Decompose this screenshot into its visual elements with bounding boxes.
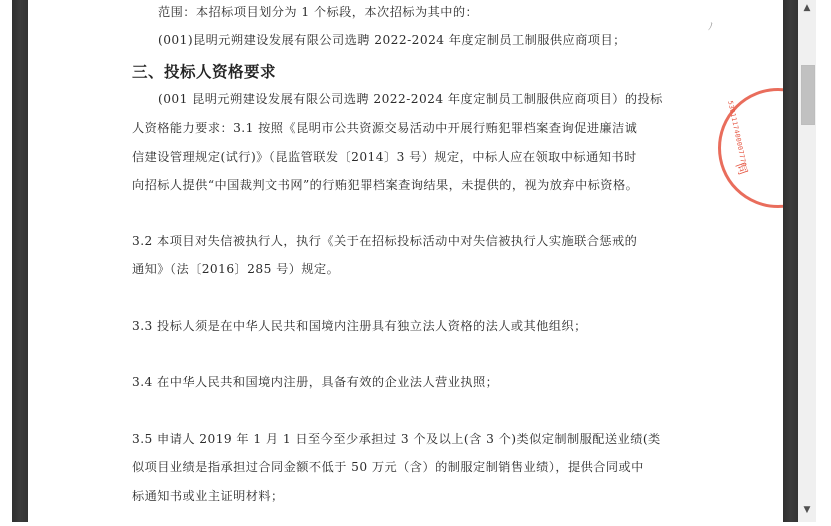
paragraph-1-line-3: 信建设管理规定(试行)》（昆监管联发〔2014〕3 号）规定，中标人应在领取中标…: [132, 149, 637, 165]
item-3-5-line-2: 似项目业绩是指承担过合同金额不低于 50 万元（含）的制服定制销售业绩），提供合…: [132, 459, 644, 475]
item-3-2-line-1: 3.2 本项目对失信被执行人，执行《关于在招标投标活动中对失信被执行人实施联合惩…: [132, 233, 637, 249]
scope-line: 范围：本招标项目划分为 1 个标段，本次招标为其中的：: [158, 4, 478, 20]
viewer-right-frame: [783, 0, 798, 522]
section-heading: 三、投标人资格要求: [132, 60, 276, 82]
vertical-scrollbar[interactable]: ▲ ▼: [798, 0, 816, 522]
document-page: 范围：本招标项目划分为 1 个标段，本次招标为其中的： (001)昆明元朔建设发…: [28, 0, 783, 522]
scroll-up-arrow-icon[interactable]: ▲: [798, 0, 816, 16]
item-3-5-line-1: 3.5 申请人 2019 年 1 月 1 日至今至少承担过 3 个及以上(含 3…: [132, 431, 661, 447]
item-3-4: 3.4 在中华人民共和国境内注册，具备有效的企业法人营业执照；: [132, 374, 498, 390]
scan-speck: ﾉ: [708, 18, 713, 33]
project-line: (001)昆明元朔建设发展有限公司选聘 2022-2024 年度定制员工制服供应…: [158, 32, 626, 48]
paragraph-1-line-4: 向招标人提供“中国裁判文书网”的行贿犯罪档案查询结果，未提供的，视为放弃中标资格…: [132, 177, 638, 193]
viewer-left-frame: [12, 0, 28, 522]
item-3-3: 3.3 投标人须是在中华人民共和国境内注册具有独立法人资格的法人或其他组织；: [132, 318, 587, 334]
item-3-2-line-2: 通知》（法〔2016〕285 号）规定。: [132, 261, 339, 277]
document-viewer: 范围：本招标项目划分为 1 个标段，本次招标为其中的： (001)昆明元朔建设发…: [0, 0, 831, 526]
scrollbar-thumb[interactable]: [801, 65, 815, 125]
paragraph-1-line-1: (001 昆明元朔建设发展有限公司选聘 2022-2024 年度定制员工制服供应…: [158, 91, 663, 107]
paragraph-1-line-2: 人资格能力要求：3.1 按照《昆明市公共资源交易活动中开展行贿犯罪档案查询促进廉…: [132, 120, 637, 136]
scroll-down-arrow-icon[interactable]: ▼: [798, 502, 816, 518]
item-3-5-line-3: 标通知书或业主证明材料；: [132, 488, 284, 504]
